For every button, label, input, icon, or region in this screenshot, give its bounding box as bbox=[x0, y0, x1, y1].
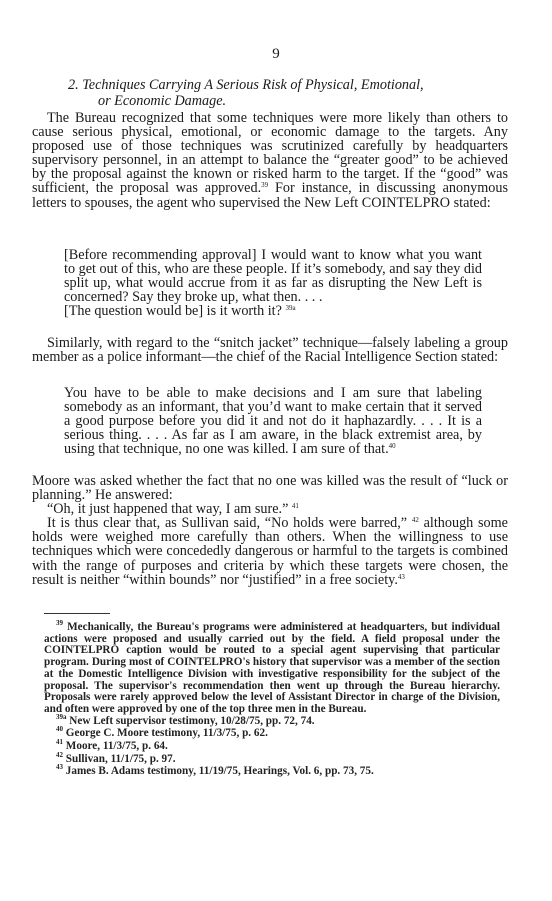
footnote-ref[interactable]: 43 bbox=[398, 573, 405, 581]
block-quote-2: You have to be able to make decisions an… bbox=[64, 386, 482, 456]
footnote-mark: 39a bbox=[56, 713, 67, 721]
quote-text: You have to be able to make decisions an… bbox=[64, 385, 482, 457]
paragraph-3: Moore was asked whether the fact that no… bbox=[32, 474, 508, 587]
footnote-ref[interactable]: 40 bbox=[389, 442, 396, 450]
footnote-ref[interactable]: 41 bbox=[292, 502, 299, 510]
footnote-ref[interactable]: 39a bbox=[285, 304, 295, 312]
paragraph-text: Moore was asked whether the fact that no… bbox=[32, 474, 508, 502]
footnote-text: Mechanically, the Bureau's programs were… bbox=[44, 621, 500, 715]
footnote-text: Moore, 11/3/75, p. 64. bbox=[66, 740, 168, 752]
paragraph-1: The Bureau recognized that some techniqu… bbox=[32, 111, 508, 210]
section-heading-line1: Techniques Carrying A Serious Risk of Ph… bbox=[82, 77, 423, 93]
footnote-40: 40 George C. Moore testimony, 11/3/75, p… bbox=[44, 728, 500, 740]
page-number: 9 bbox=[0, 46, 552, 63]
quote-text: [The question would be] is it worth it? bbox=[64, 303, 282, 319]
document-page: 9 2. Techniques Carrying A Serious Risk … bbox=[0, 0, 552, 901]
footnote-mark: 41 bbox=[56, 738, 63, 746]
footnote-text: James B. Adams testimony, 11/19/75, Hear… bbox=[66, 765, 374, 777]
footnote-text: George C. Moore testimony, 11/3/75, p. 6… bbox=[66, 727, 268, 739]
footnote-mark: 39 bbox=[56, 619, 63, 627]
footnote-42: 42 Sullivan, 11/1/75, p. 97. bbox=[44, 754, 500, 766]
section-heading-line2: or Economic Damage. bbox=[68, 93, 508, 109]
footnote-39: 39 Mechanically, the Bureau's programs w… bbox=[44, 622, 500, 716]
footnote-41: 41 Moore, 11/3/75, p. 64. bbox=[44, 741, 500, 753]
footnote-mark: 42 bbox=[56, 751, 63, 759]
quote-text: [Before recommending approval] I would w… bbox=[64, 248, 482, 304]
footnote-39a: 39a New Left supervisor testimony, 10/28… bbox=[44, 716, 500, 728]
footnotes: 39 Mechanically, the Bureau's programs w… bbox=[44, 622, 500, 779]
section-heading: 2. Techniques Carrying A Serious Risk of… bbox=[68, 77, 508, 109]
footnote-ref[interactable]: 42 bbox=[412, 516, 419, 524]
footnote-text: New Left supervisor testimony, 10/28/75,… bbox=[69, 715, 314, 727]
block-quote-1: [Before recommending approval] I would w… bbox=[64, 248, 482, 318]
footnote-mark: 40 bbox=[56, 725, 63, 733]
footnote-43: 43 James B. Adams testimony, 11/19/75, H… bbox=[44, 766, 500, 778]
footnote-text: Sullivan, 11/1/75, p. 97. bbox=[66, 753, 176, 765]
footnote-divider bbox=[44, 613, 110, 614]
footnote-mark: 43 bbox=[56, 763, 63, 771]
section-number: 2. bbox=[68, 77, 79, 93]
paragraph-2: Similarly, with regard to the “snitch ja… bbox=[32, 336, 508, 364]
paragraph-text: Similarly, with regard to the “snitch ja… bbox=[32, 336, 508, 364]
